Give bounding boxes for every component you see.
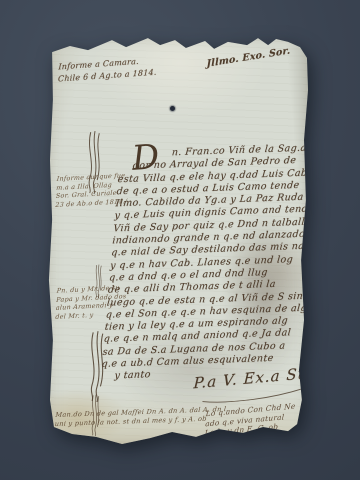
rubric-flourish-icon [90,264,108,298]
manuscript-body: n. Fran.co Viñ de la Sag.a mora- dor no … [100,142,312,383]
rubric-flourish-icon [84,130,106,194]
manuscript-page-wrap: Informe a Camara. Chile 6 d Ag.to a 1814… [46,34,312,446]
closing-block: P.a V. Ex.a Sup.o- Lo q.ando Con Chd Ne … [191,361,312,439]
docket-note: Informe a Camara. Chile 6 d Ag.to a 1814… [58,54,158,85]
manuscript-page: Informe a Camara. Chile 6 d Ag.to a 1814… [46,34,312,446]
ink-blot [170,106,175,111]
salutation: Jllmo. Exo. Sor. [206,45,290,69]
photo-background: Informe a Camara. Chile 6 d Ag.to a 1814… [0,0,360,480]
